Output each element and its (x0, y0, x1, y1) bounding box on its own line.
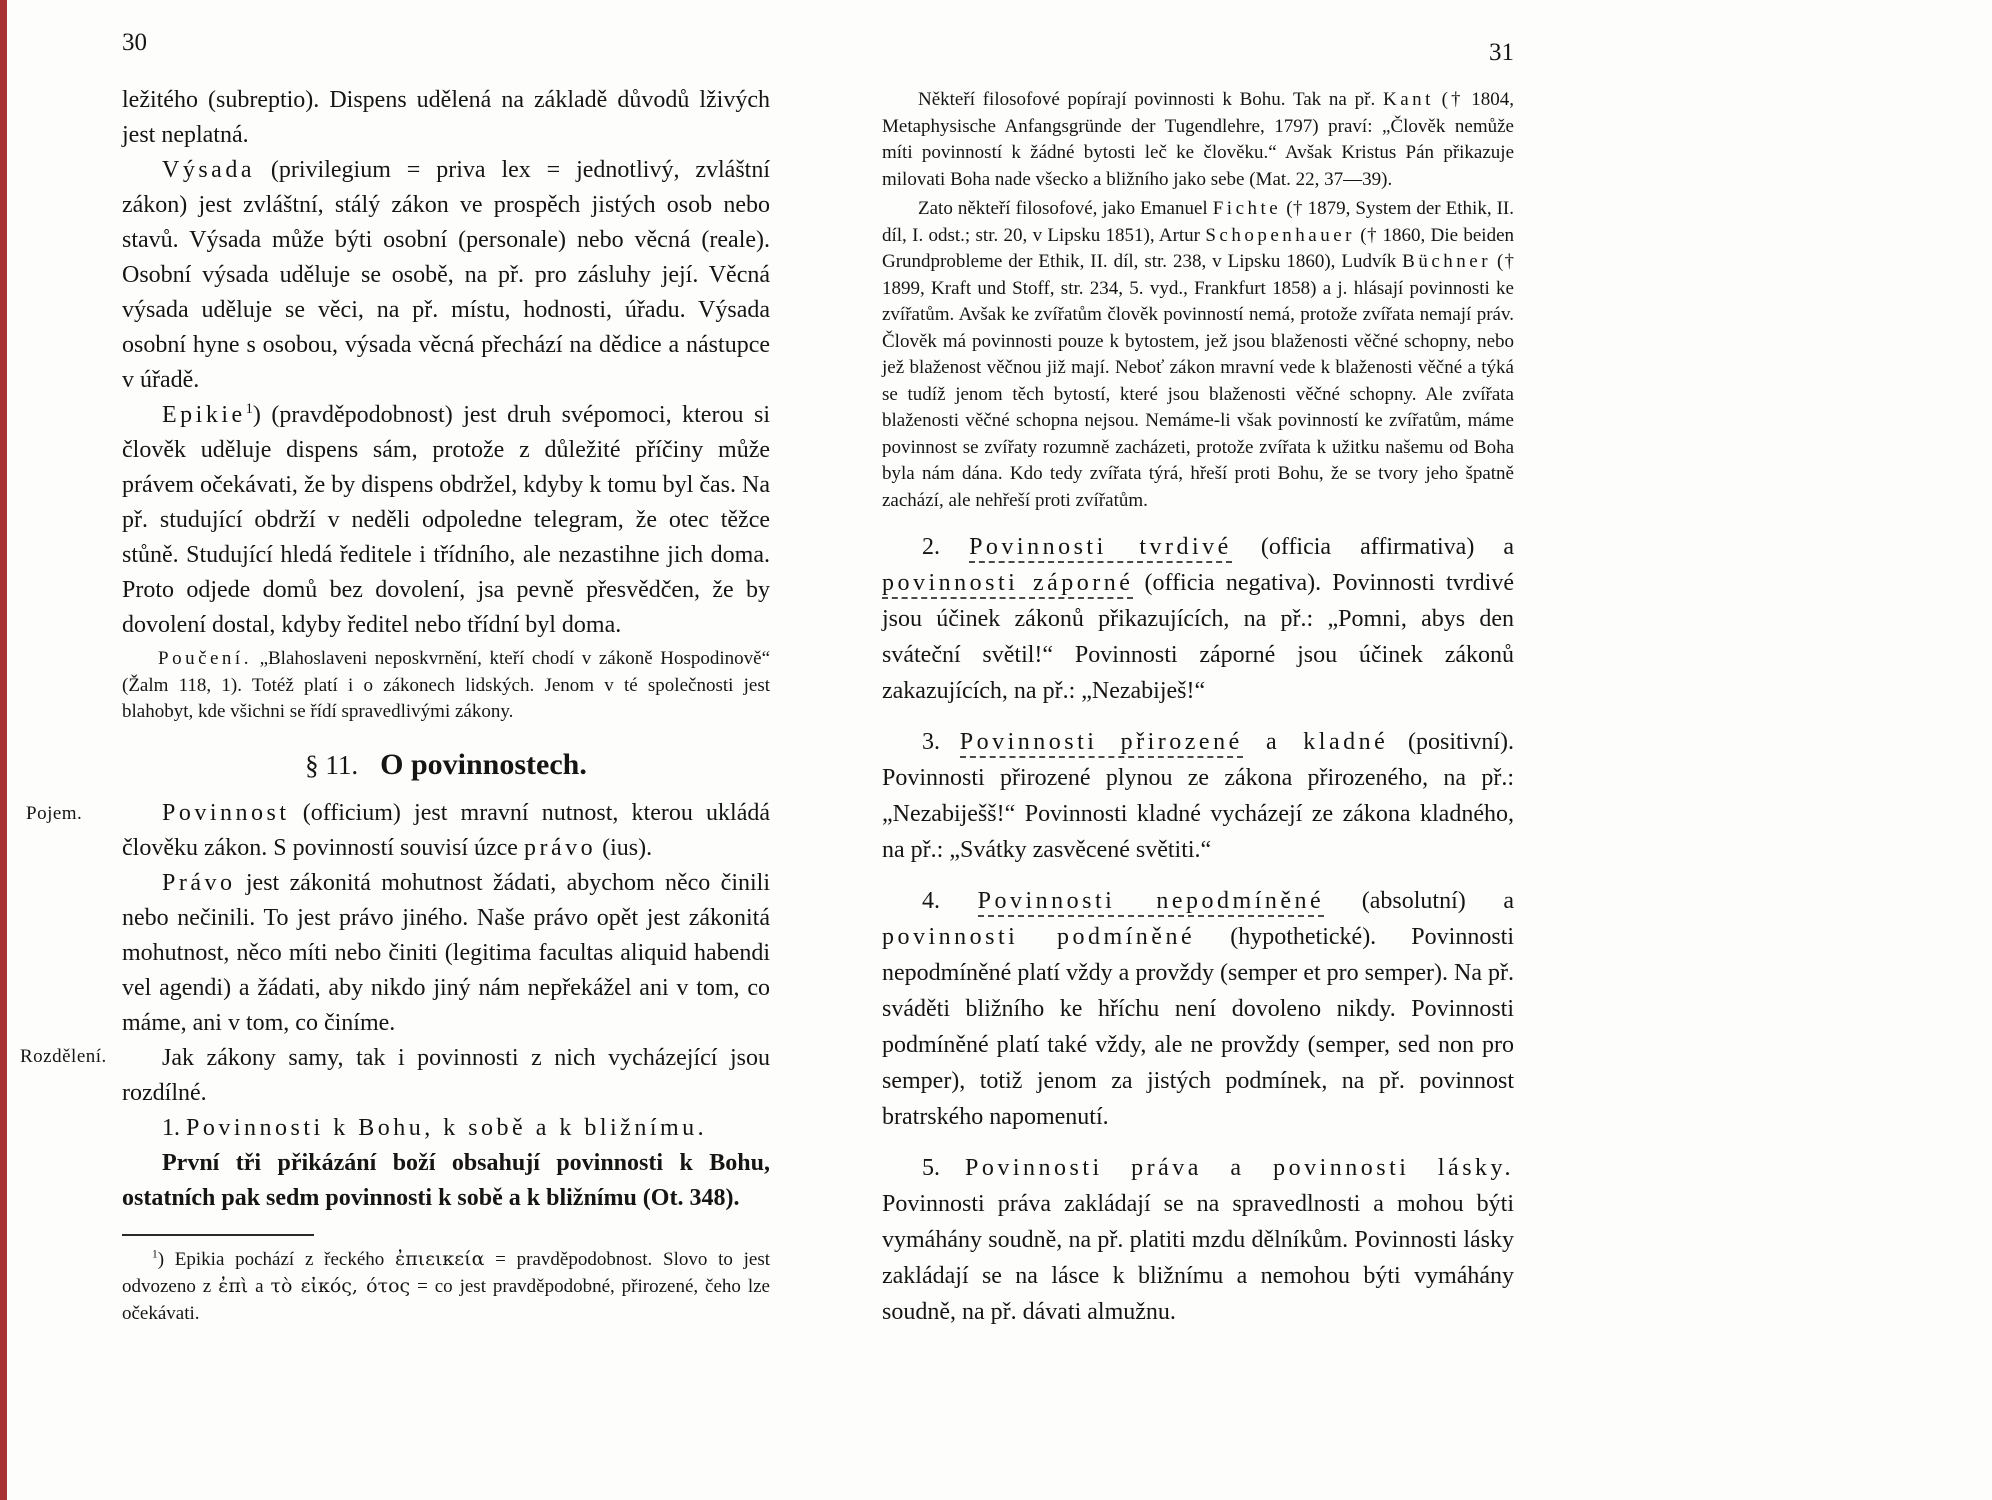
book-scan: 30 ležitého (subreptio). Dispens udělená… (0, 0, 1992, 1500)
margin-note-pojem: Pojem. (26, 802, 82, 826)
paragraph-povinnosti-nepodminene: 4. Povinnosti nepodmíněné (absolutní) a … (882, 883, 1514, 1135)
section-number: § 11. (305, 750, 358, 780)
page-right: 31 Někteří filosofové popírají povinnost… (882, 40, 1514, 1330)
paragraph-pravo: Právo jest zákonitá mohutnost žádati, ab… (122, 866, 770, 1041)
paragraph-povinnosti-tvrdive: 2. Povinnosti tvrdivé (officia affirmati… (882, 529, 1514, 709)
paragraph-povinnosti-prirozene: 3. Povinnosti přirozené a kladné (positi… (882, 724, 1514, 868)
section-heading: § 11. O povinnostech. (122, 748, 770, 782)
footnote-rule (122, 1234, 314, 1236)
paragraph-povinnosti-k-bohu: 1. Povinnosti k Bohu, k sobě a k bližním… (122, 1111, 770, 1146)
paragraph-prvni-tri-prikazani: První tři přikázání boží obsahují povinn… (122, 1146, 770, 1216)
paragraph-kant: Někteří filosofové popírají povinnosti k… (882, 87, 1514, 193)
paragraph-continuation: ležitého (subreptio). Dispens udělená na… (122, 83, 770, 153)
paragraph-vysada: Výsada (privilegium = priva lex = jednot… (122, 153, 770, 398)
paragraph-fichte-schopenhauer: Zato někteří filosofové, jako Emanuel Fi… (882, 196, 1514, 514)
paragraph-epikie: Epikie1) (pravděpodobnost) jest druh své… (122, 398, 770, 643)
scan-edge-strip (0, 0, 7, 1500)
paragraph-pouceni: Poučení. „Blahoslaveni neposkvrnění, kte… (122, 646, 770, 726)
footnote-epikia: 1) Epikia pochází z řeckého ἐπιεικεία = … (122, 1246, 770, 1328)
page-number-right: 31 (882, 40, 1514, 65)
paragraph-povinnost: Pojem.Povinnost (officium) jest mravní n… (122, 796, 770, 866)
page-number-left: 30 (122, 30, 770, 55)
margin-note-rozdeleni: Rozdělení. (20, 1045, 107, 1069)
paragraph-povinnosti-prava-lasky: 5. Povinnosti práva a povinnosti lásky. … (882, 1150, 1514, 1330)
page-left: 30 ležitého (subreptio). Dispens udělená… (122, 30, 770, 1327)
paragraph-rozdeleni: Rozdělení.Jak zákony samy, tak i povinno… (122, 1041, 770, 1111)
section-title: O povinnostech. (380, 748, 587, 781)
